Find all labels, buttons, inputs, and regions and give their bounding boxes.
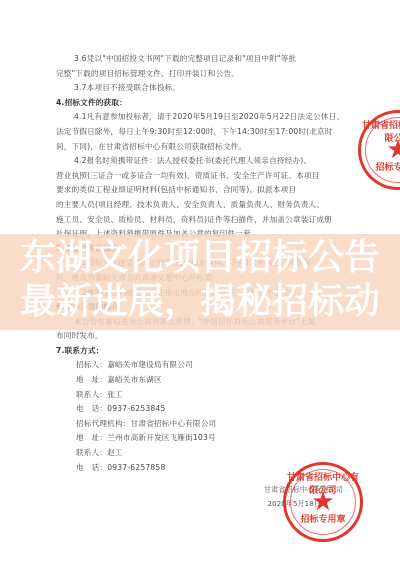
paragraph: 要求的类似工程业绩证明材料(包括中标通知书、合同等)、拟派本项目 (56, 183, 341, 198)
paragraph: 4.2报名时须携带证件：法人授权委托书(委托代理人须亲自持经办)、 (56, 154, 341, 169)
contact-row: 联系人：赵工 (56, 446, 341, 461)
paragraph: 布同时发布。 (56, 329, 341, 344)
contact-value: 张工 (107, 390, 123, 399)
paragraph: 营业执照(三证合一或多证合一均有效)、资质证书、安全生产许可证、本项目 (56, 169, 341, 184)
contact-label: 地 址： (76, 433, 107, 442)
contact-row: 地 址：兰州市高新开发区飞雁街103号 (56, 431, 341, 446)
seal-text-bottom: 招标专用章 (286, 512, 360, 525)
section-heading: 4.招标文件的获取： (56, 96, 341, 111)
contact-value: 嘉峪关市建设局有限公司 (107, 360, 193, 369)
paragraph: 3.6凭以"中国招投文书网"下载的完整项目记录和"项目中附"等批 (56, 52, 341, 67)
contact-label: 联系人： (76, 390, 107, 399)
official-seal: 甘肃省招标中心有限公司 ★ 招标专用章 (283, 462, 363, 542)
contact-list: 招标人：嘉峪关市建设局有限公司 地 址：嘉峪关市东湖区 联系人：张工 电 话：0… (56, 358, 341, 475)
paragraph: 施工员、安全员、质检员、材料员、资料员)证件等扫描件，并加盖公章装订成册 (56, 213, 341, 228)
contact-row: 招标人：嘉峪关市建设局有限公司 (56, 358, 341, 373)
contact-row: 联系人：张工 (56, 388, 341, 403)
contact-value: 甘肃省招标中心有限公司 (131, 419, 217, 428)
contact-value: 兰州市高新开发区飞雁街103号 (107, 433, 216, 442)
paragraph: 的主要人员(项目经理、技术负责人、安全负责人、质量负责人、财务负责人、 (56, 198, 341, 213)
paragraph: 法定节假日除外，每日上午9:30时至12:00时，下午14:30时至17:00时… (56, 125, 341, 140)
section-heading: 7.联系方式： (56, 344, 341, 359)
headline-overlay: 东湖文化项目招标公告 最新进展，揭秘招标动 (0, 236, 400, 324)
contact-label: 招标代理机构： (76, 419, 131, 428)
contact-label: 地 址： (76, 375, 107, 384)
headline-line-1: 东湖文化项目招标公告 (0, 236, 400, 280)
seal-text-bottom: 招标专用章 (361, 160, 400, 173)
contact-value: 赵工 (107, 448, 123, 457)
seal-text-top: 甘肃省招标中心有限公司 (286, 470, 360, 496)
paragraph: 间，下同)，在甘肃省招标中心有限公司获取招标文件。 (56, 140, 341, 155)
contact-row: 地 址：嘉峪关市东湖区 (56, 373, 341, 388)
contact-label: 联系人： (76, 448, 107, 457)
seal-text-top: 甘肃省招标中心有限公司 (361, 118, 400, 144)
headline-line-2: 最新进展，揭秘招标动 (0, 280, 400, 324)
contact-row: 电 话：0937-6253845 (56, 402, 341, 417)
contact-value: 嘉峪关市东湖区 (107, 375, 162, 384)
contact-row: 招标代理机构：甘肃省招标中心有限公司 (56, 417, 341, 432)
contact-value: 0937-6253845 (107, 404, 165, 413)
paragraph: 4.1凡有意参加投标者，请于2020年5月19日至2020年5月22日法定公休日… (56, 110, 341, 125)
official-seal: 甘肃省招标中心有限公司 ★ 招标专用章 (358, 110, 400, 190)
contact-label: 电 话： (76, 404, 107, 413)
paragraph: 3.7本项目不接受联合体投标。 (56, 81, 341, 96)
document-page: 3.6凭以"中国招投文书网"下载的完整项目记录和"项目中附"等批 完整"下载的项… (0, 0, 400, 565)
contact-label: 电 话： (76, 463, 107, 472)
paragraph: 完整"下载的项目招标管理文件、打印并装订和公告。 (56, 67, 341, 82)
contact-value: 0937-6257858 (107, 463, 165, 472)
contact-label: 招标人： (76, 360, 107, 369)
